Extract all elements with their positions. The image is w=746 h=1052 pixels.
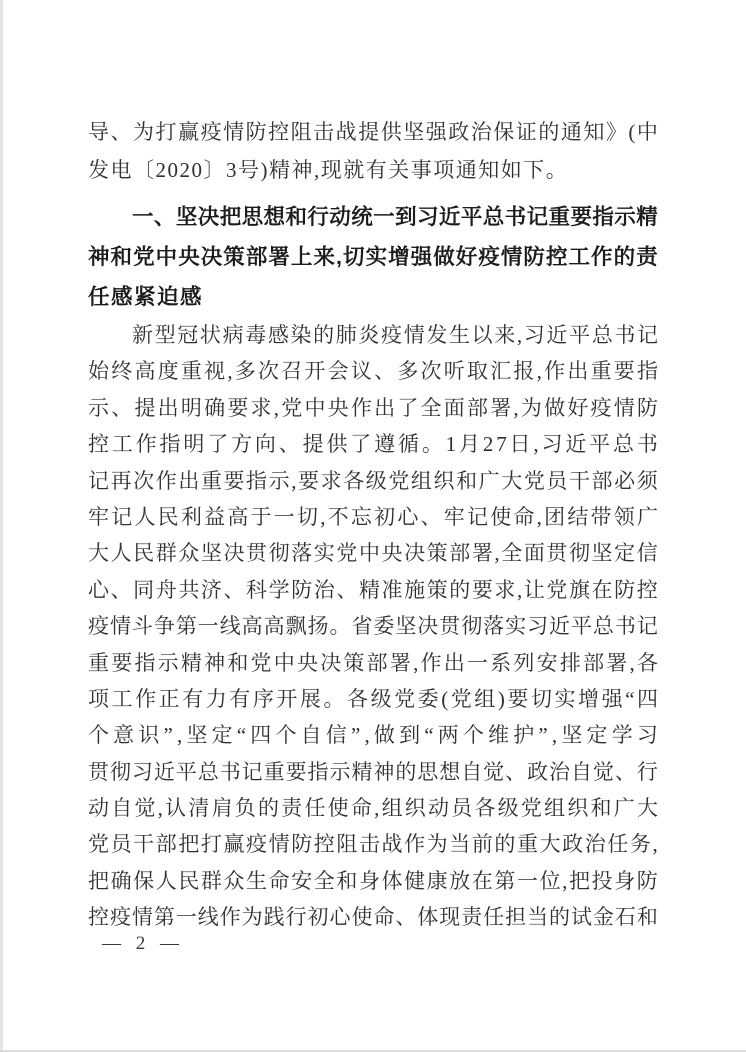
document-line: 重要指示精神和党中央决策部署,作出一系列安排部署,各 bbox=[88, 645, 658, 681]
section-1-heading: 一、坚决把思想和行动统一到习近平总书记重要指示精神和党中央决策部署上来,切实增强… bbox=[88, 197, 658, 317]
scanned-document-page: 导、为打赢疫情防控阻击战提供坚强政治保证的通知》(中发电〔2020〕3号)精神,… bbox=[0, 0, 746, 1052]
document-line: 导、为打赢疫情防控阻击战提供坚强政治保证的通知》(中 bbox=[88, 113, 658, 151]
document-line: 大人民群众坚决贯彻落实党中央决策部署,全面贯彻坚定信 bbox=[88, 535, 658, 571]
document-line: 心、同舟共济、科学防治、精准施策的要求,让党旗在防控 bbox=[88, 572, 658, 608]
document-line: 党员干部把打赢疫情防控阻击战作为当前的重大政治任务, bbox=[88, 826, 658, 862]
document-line: 始终高度重视,多次召开会议、多次听取汇报,作出重要指 bbox=[88, 353, 658, 389]
scan-left-edge bbox=[0, 0, 3, 1052]
document-line: 个意识”,坚定“四个自信”,做到“两个维护”,坚定学习 bbox=[88, 717, 658, 753]
document-line: 发电〔2020〕3号)精神,现就有关事项通知如下。 bbox=[88, 151, 658, 189]
document-line: 牢记人民利益高于一切,不忘初心、牢记使命,团结带领广 bbox=[88, 499, 658, 535]
document-line: 新型冠状病毒感染的肺炎疫情发生以来,习近平总书记 bbox=[88, 317, 658, 353]
document-line: 神和党中央决策部署上来,切实增强做好疫情防控工作的责 bbox=[88, 237, 658, 277]
document-line: 任感紧迫感 bbox=[88, 277, 658, 317]
document-line: 控工作指明了方向、提供了遵循。1月27日,习近平总书 bbox=[88, 426, 658, 462]
document-line: 一、坚决把思想和行动统一到习近平总书记重要指示精 bbox=[88, 197, 658, 237]
section-1-body-paragraph: 新型冠状病毒感染的肺炎疫情发生以来,习近平总书记始终高度重视,多次召开会议、多次… bbox=[88, 317, 658, 936]
document-line: 动自觉,认清肩负的责任使命,组织动员各级党组织和广大 bbox=[88, 790, 658, 826]
document-line: 贯彻习近平总书记重要指示精神的思想自觉、政治自觉、行 bbox=[88, 754, 658, 790]
document-line: 记再次作出重要指示,要求各级党组织和广大党员干部必须 bbox=[88, 463, 658, 499]
document-line: 项工作正有力有序开展。各级党委(党组)要切实增强“四 bbox=[88, 681, 658, 717]
intro-continuation-paragraph: 导、为打赢疫情防控阻击战提供坚强政治保证的通知》(中发电〔2020〕3号)精神,… bbox=[88, 113, 658, 189]
page-number: — 2 — bbox=[102, 933, 184, 955]
document-body: 导、为打赢疫情防控阻击战提供坚强政治保证的通知》(中发电〔2020〕3号)精神,… bbox=[88, 113, 658, 936]
document-line: 疫情斗争第一线高高飘扬。省委坚决贯彻落实习近平总书记 bbox=[88, 608, 658, 644]
document-line: 示、提出明确要求,党中央作出了全面部署,为做好疫情防 bbox=[88, 390, 658, 426]
document-line: 控疫情第一线作为践行初心使命、体现责任担当的试金石和 bbox=[88, 899, 658, 935]
document-line: 把确保人民群众生命安全和身体健康放在第一位,把投身防 bbox=[88, 863, 658, 899]
